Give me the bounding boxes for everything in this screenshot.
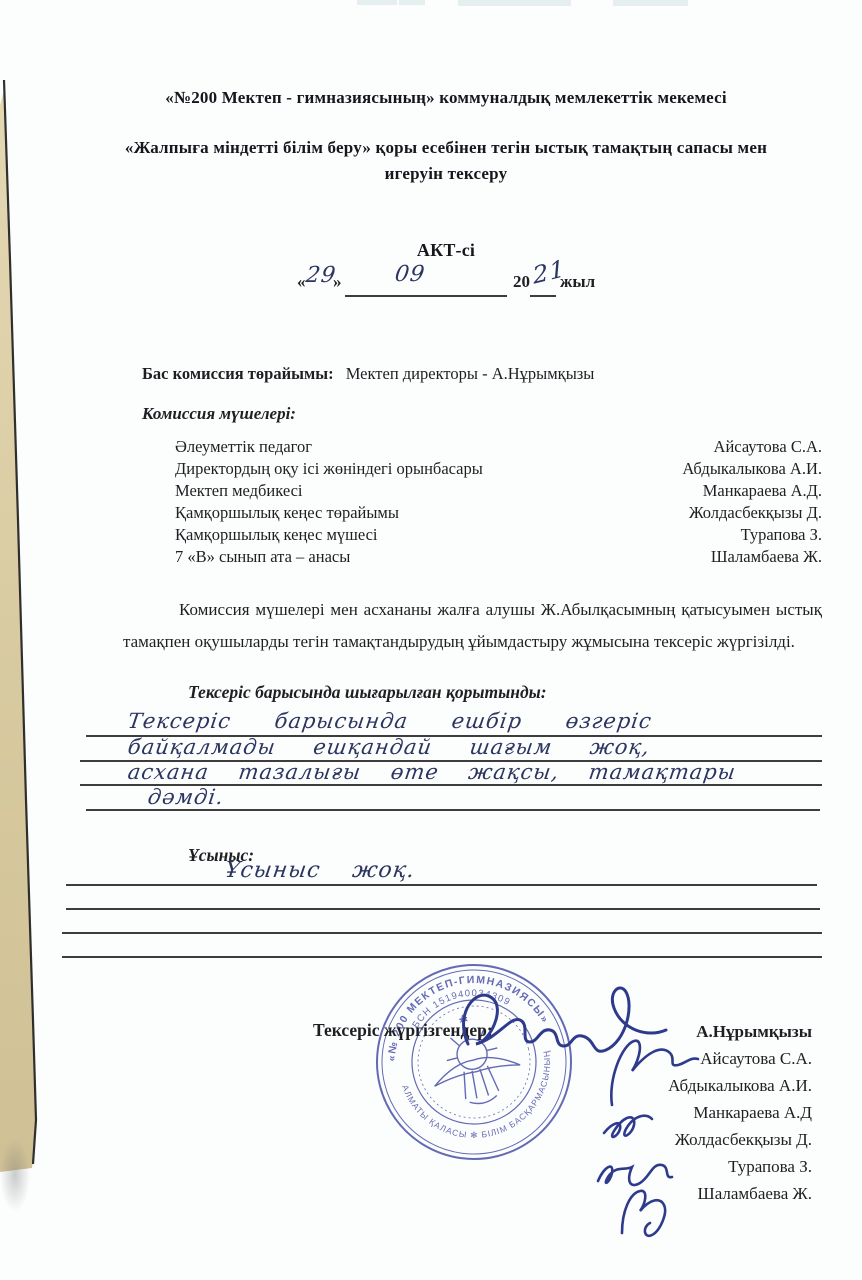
member-role: Қамқоршылық кеңес төрайымы (175, 503, 399, 523)
signature-squiggle (598, 1165, 672, 1185)
date-quote-close: » (333, 272, 342, 292)
member-role: Әлеуметтік педагог (175, 437, 312, 457)
member-row: 7 «В» сынып ата – анасы Шаламбаева Ж. (175, 547, 822, 567)
doc-subtitle-line1: «Жалпыға міндетті білім беру» қоры есебі… (40, 138, 852, 158)
signer-name: Жолдасбекқызы Д. (675, 1130, 812, 1150)
signer-name: Шаламбаева Ж. (698, 1184, 812, 1204)
scanned-document-page: «№200 Мектеп - гимназиясының» коммуналды… (0, 0, 862, 1280)
signature-squiggle (604, 1116, 652, 1137)
inspection-paragraph: Комиссия мүшелері мен асхананы жалға алу… (123, 594, 822, 657)
act-title: АКТ-сі (40, 240, 852, 261)
member-row: Директордың оқу ісі жөніндегі орынбасары… (175, 459, 822, 479)
member-role: Директордың оқу ісі жөніндегі орынбасары (175, 459, 483, 479)
signer-name: Манкараева А.Д (693, 1103, 812, 1123)
member-name: Турапова З. (741, 525, 822, 545)
member-role: Қамқоршылық кеңес мүшесі (175, 525, 378, 545)
signer-name: Айсаутова С.А. (700, 1049, 812, 1069)
chair-value: Мектеп директоры - А.Нұрымқызы (346, 364, 595, 383)
desk-strip (0, 90, 36, 1172)
signer-name: А.Нұрымқызы (696, 1022, 812, 1042)
ruled-line (86, 809, 820, 811)
conclusion-handwriting-line4: дәмді. (146, 785, 225, 809)
conclusion-handwriting-line3: асхана тазалығы өте жақсы, тамақтары (126, 760, 737, 784)
date-century: 20 (513, 272, 530, 292)
date-year-word: жыл (560, 272, 595, 292)
org-title: «№200 Мектеп - гимназиясының» коммуналды… (40, 88, 852, 108)
member-role: Мектеп медбикесі (175, 481, 302, 501)
conclusion-handwriting-line1: Тексеріс барысында ешбір өзгеріс (126, 709, 653, 733)
signature-squiggle (622, 1191, 665, 1236)
member-name: Абдыкалыкова А.И. (682, 459, 822, 479)
ruled-line (66, 908, 820, 910)
member-name: Жолдасбекқызы Д. (689, 503, 822, 523)
conclusion-label: Тексеріс барысында шығарылған қорытынды: (188, 682, 547, 703)
date-month-handwritten: 09 (393, 262, 427, 287)
member-row: Қамқоршылық кеңес мүшесі Турапова З. (175, 525, 822, 545)
doc-subtitle-line2: игеруін тексеру (40, 164, 852, 184)
suggestion-handwriting: Ұсыныс жоқ. (223, 858, 417, 883)
chair-line: Бас комиссия төрайымы: Мектеп директоры … (142, 364, 594, 384)
member-name: Шаламбаева Ж. (711, 547, 822, 567)
members-label: Комиссия мүшелері: (142, 404, 296, 424)
ruled-line (62, 932, 822, 934)
member-name: Манкараева А.Д. (703, 481, 822, 501)
date-month-line (345, 295, 507, 297)
signer-name: Турапова З. (728, 1157, 812, 1177)
scanner-edge-marks (357, 0, 688, 6)
date-year-line (530, 295, 556, 297)
scan-shadow (0, 1138, 30, 1212)
chair-label: Бас комиссия төрайымы: (142, 364, 334, 383)
member-name: Айсаутова С.А. (714, 437, 822, 457)
ruled-line (66, 884, 817, 886)
signer-name: Абдыкалыкова А.И. (668, 1076, 812, 1096)
member-row: Мектеп медбикесі Манкараева А.Д. (175, 481, 822, 501)
member-row: Қамқоршылық кеңес төрайымы Жолдасбекқызы… (175, 503, 822, 523)
member-role: 7 «В» сынып ата – анасы (175, 547, 350, 567)
member-row: Әлеуметтік педагог Айсаутова С.А. (175, 437, 822, 457)
conclusion-handwriting-line2: байқалмады ешқандай шағым жоқ, (126, 735, 651, 759)
